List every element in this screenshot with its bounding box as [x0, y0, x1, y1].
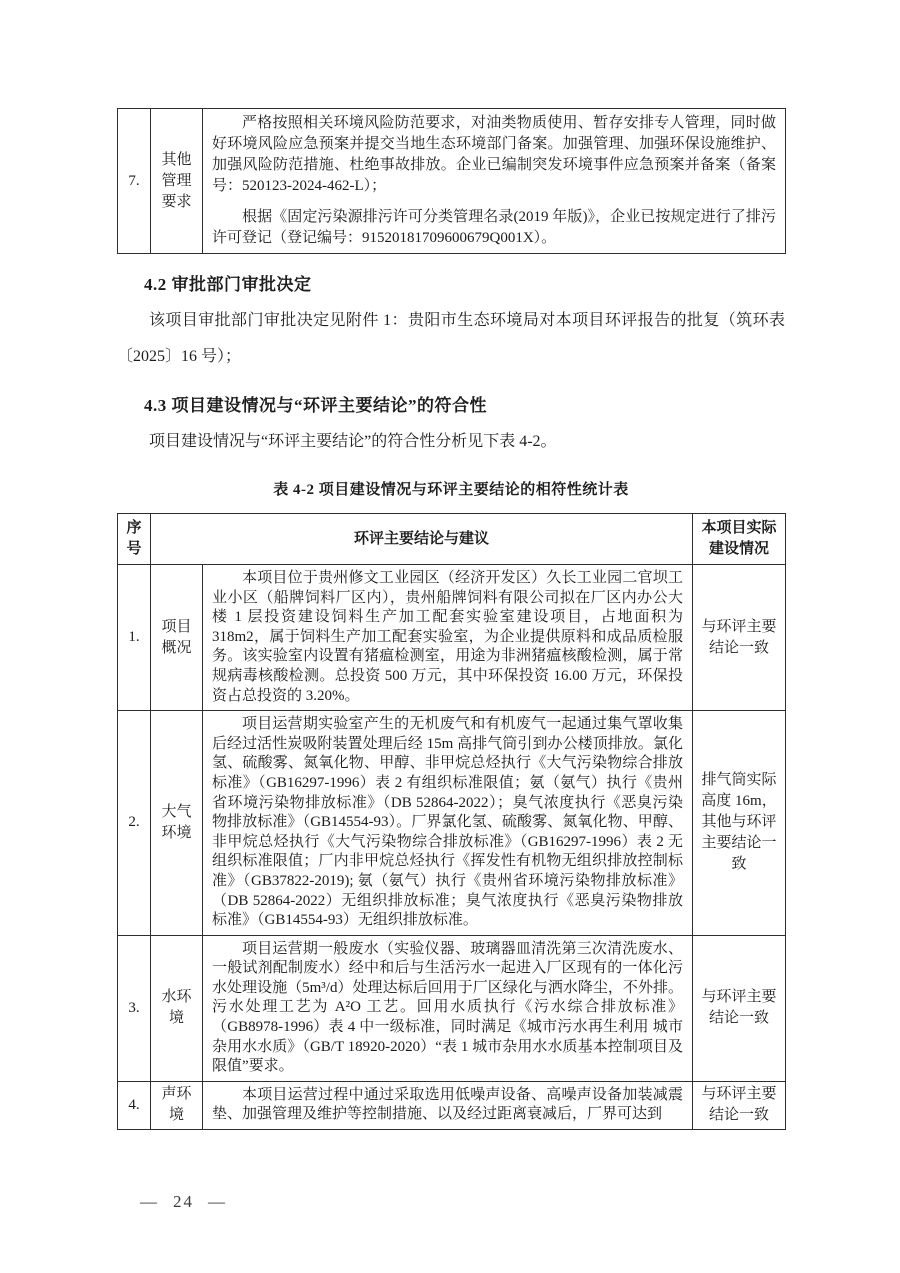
- table-header-row: 序号 环评主要结论与建议 本项目实际建设情况: [118, 514, 786, 565]
- document-page: 7. 其他管理要求 严格按照相关环境风险防范要求，对油类物质使用、暂存安排专人管…: [0, 0, 900, 1273]
- previous-page-table: 7. 其他管理要求 严格按照相关环境风险防范要求，对油类物质使用、暂存安排专人管…: [117, 108, 786, 254]
- row-actual: 排气筒实际高度 16m，其他与环评主要结论一致: [693, 711, 786, 936]
- row-actual: 与环评主要结论一致: [693, 565, 786, 711]
- row-content-paragraph: 严格按照相关环境风险防范要求，对油类物质使用、暂存安排专人管理，同时做好环境风险…: [212, 113, 776, 197]
- row-index: 4.: [118, 1081, 151, 1129]
- row-content: 本项目位于贵州修文工业园区（经济开发区）久长工业园二官坝工业小区（船牌饲料厂区内…: [203, 565, 693, 711]
- row-category: 其他管理要求: [151, 109, 203, 254]
- row-content-paragraph: 本项目运营过程中通过采取选用低噪声设备、高噪声设备加装减震垫、加强管理及维护等控…: [212, 1086, 683, 1125]
- row-category: 大气环境: [151, 711, 203, 936]
- section-4-3-paragraph: 项目建设情况与“环评主要结论”的符合性分析见下表 4-2。: [117, 424, 785, 460]
- table-row: 1. 项目概况 本项目位于贵州修文工业园区（经济开发区）久长工业园二官坝工业小区…: [118, 565, 786, 711]
- row-category: 水环境: [151, 935, 203, 1081]
- row-actual: 与环评主要结论一致: [693, 1081, 786, 1129]
- table-4-2-caption: 表 4-2 项目建设情况与环评主要结论的相符性统计表: [117, 478, 785, 499]
- row-content: 项目运营期实验室产生的无机废气和有机废气一起通过集气罩收集后经过活性炭吸附装置处…: [203, 711, 693, 936]
- row-actual: 与环评主要结论一致: [693, 935, 786, 1081]
- row-index: 3.: [118, 935, 151, 1081]
- header-index: 序号: [118, 514, 151, 565]
- section-heading-4-2: 4.2 审批部门审批决定: [117, 270, 785, 295]
- row-content: 严格按照相关环境风险防范要求，对油类物质使用、暂存安排专人管理，同时做好环境风险…: [203, 109, 786, 254]
- page-number: 24: [173, 1192, 194, 1212]
- table-4-2: 序号 环评主要结论与建议 本项目实际建设情况 1. 项目概况 本项目位于贵州修文…: [117, 513, 786, 1130]
- row-content-paragraph: 项目运营期实验室产生的无机废气和有机废气一起通过集气罩收集后经过活性炭吸附装置处…: [212, 715, 683, 931]
- footer-dash-left: —: [140, 1192, 159, 1212]
- row-content: 项目运营期一般废水（实验仪器、玻璃器皿清洗第三次清洗废水、一般试剂配制废水）经中…: [203, 935, 693, 1081]
- row-content-paragraph: 项目运营期一般废水（实验仪器、玻璃器皿清洗第三次清洗废水、一般试剂配制废水）经中…: [212, 940, 683, 1077]
- header-conclusion: 环评主要结论与建议: [151, 514, 693, 565]
- section-4-2-paragraph: 该项目审批部门审批决定见附件 1：贵阳市生态环境局对本项目环评报告的批复（筑环表…: [117, 303, 785, 375]
- row-index: 2.: [118, 711, 151, 936]
- table-row: 7. 其他管理要求 严格按照相关环境风险防范要求，对油类物质使用、暂存安排专人管…: [118, 109, 786, 254]
- table-row: 2. 大气环境 项目运营期实验室产生的无机废气和有机废气一起通过集气罩收集后经过…: [118, 711, 786, 936]
- section-heading-4-3: 4.3 项目建设情况与“环评主要结论”的符合性: [117, 391, 785, 416]
- row-category: 项目概况: [151, 565, 203, 711]
- row-content-paragraph: 根据《固定污染源排污许可分类管理名录(2019 年版)》，企业已按规定进行了排污…: [212, 207, 776, 249]
- page-footer: — 24 —: [140, 1192, 227, 1212]
- row-index: 7.: [118, 109, 151, 254]
- row-content: 本项目运营过程中通过采取选用低噪声设备、高噪声设备加装减震垫、加强管理及维护等控…: [203, 1081, 693, 1129]
- row-category: 声环境: [151, 1081, 203, 1129]
- row-index: 1.: [118, 565, 151, 711]
- footer-dash-right: —: [208, 1192, 227, 1212]
- header-actual: 本项目实际建设情况: [693, 514, 786, 565]
- table-row: 4. 声环境 本项目运营过程中通过采取选用低噪声设备、高噪声设备加装减震垫、加强…: [118, 1081, 786, 1129]
- table-row: 3. 水环境 项目运营期一般废水（实验仪器、玻璃器皿清洗第三次清洗废水、一般试剂…: [118, 935, 786, 1081]
- row-content-paragraph: 本项目位于贵州修文工业园区（经济开发区）久长工业园二官坝工业小区（船牌饲料厂区内…: [212, 569, 683, 706]
